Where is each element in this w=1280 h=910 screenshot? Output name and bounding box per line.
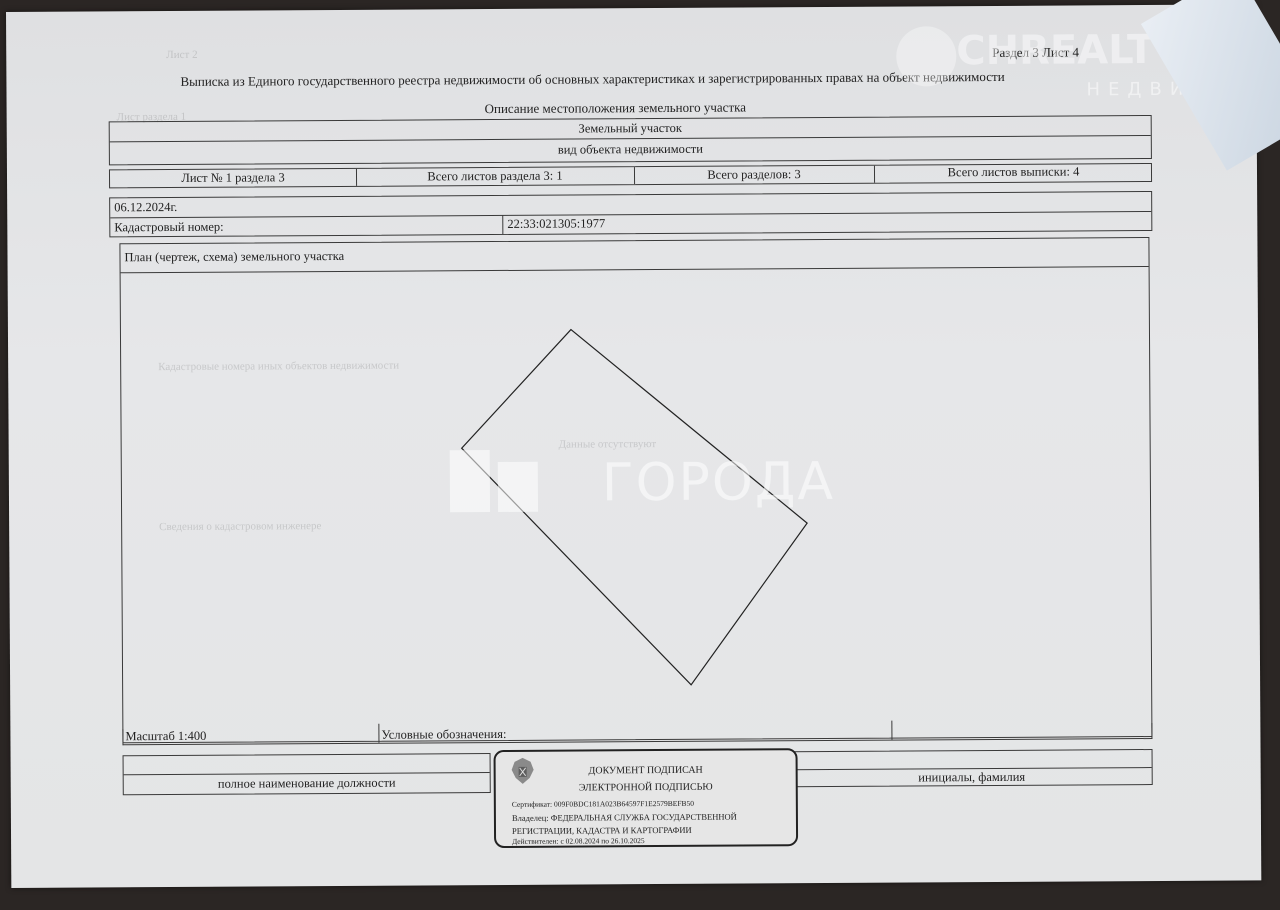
document-title: Выписка из Единого государственного реес… <box>180 69 1004 90</box>
electronic-signature-stamp: ДОКУМЕНТ ПОДПИСАН ЭЛЕКТРОННОЙ ПОДПИСЬЮ С… <box>494 748 799 848</box>
watermark-logo <box>498 462 538 512</box>
sheet-info-row: Лист № 1 раздела 3 Всего листов раздела … <box>109 163 1152 188</box>
position-signature-block: полное наименование должности <box>123 753 491 795</box>
legend-label: Условные обозначения: <box>381 727 506 743</box>
cadastral-label: Кадастровый номер: <box>114 220 223 236</box>
position-label: полное наименование должности <box>124 775 490 792</box>
scale-label: Масштаб 1:400 <box>125 729 206 744</box>
stamp-validity: Действителен: с 02.08.2024 по 26.10.2025 <box>512 836 645 846</box>
stamp-heading-1: ДОКУМЕНТ ПОДПИСАН <box>496 764 796 777</box>
total-sheets-extract: Всего листов выписки: 4 <box>874 164 1153 181</box>
name-label: инициалы, фамилия <box>792 769 1152 786</box>
name-signature-block: инициалы, фамилия <box>791 749 1153 787</box>
plan-frame: План (чертеж, схема) земельного участка … <box>119 237 1152 743</box>
watermark-logo <box>896 26 956 86</box>
divider <box>378 724 379 743</box>
stamp-owner-2: РЕГИСТРАЦИИ, КАДАСТРА И КАРТОГРАФИИ <box>512 825 692 836</box>
watermark-text: ГОРОДА <box>602 452 836 513</box>
object-type-block: Земельный участок вид объекта недвижимос… <box>109 115 1152 165</box>
record-date: 06.12.2024г. <box>114 200 177 215</box>
bleed-through-text: Лист 2 <box>166 49 197 61</box>
watermark-brand: CHREALT <box>956 27 1154 74</box>
total-sheets-section: Всего листов раздела 3: 1 <box>356 168 634 185</box>
document-page: Лист 2 Лист раздела 1 Кадастровые номера… <box>6 4 1261 888</box>
record-block: 06.12.2024г. Кадастровый номер: 22:33:02… <box>109 191 1152 237</box>
divider <box>110 211 1151 218</box>
sheet-number: Лист № 1 раздела 3 <box>110 170 356 187</box>
watermark-logo <box>450 450 490 512</box>
document-subtitle: Описание местоположения земельного участ… <box>485 99 746 117</box>
object-type-label: вид объекта недвижимости <box>110 139 1151 160</box>
divider <box>502 215 503 234</box>
divider <box>891 721 892 740</box>
stamp-owner-1: Владелец: ФЕДЕРАЛЬНАЯ СЛУЖБА ГОСУДАРСТВЕ… <box>512 812 737 823</box>
stamp-heading-2: ЭЛЕКТРОННОЙ ПОДПИСЬЮ <box>496 781 796 794</box>
cadastral-number: 22:33:021305:1977 <box>507 216 605 232</box>
total-sections: Всего разделов: 3 <box>634 167 874 183</box>
stamp-certificate: Сертификат: 009F0BDC181A023B64597F1E2579… <box>512 799 694 809</box>
